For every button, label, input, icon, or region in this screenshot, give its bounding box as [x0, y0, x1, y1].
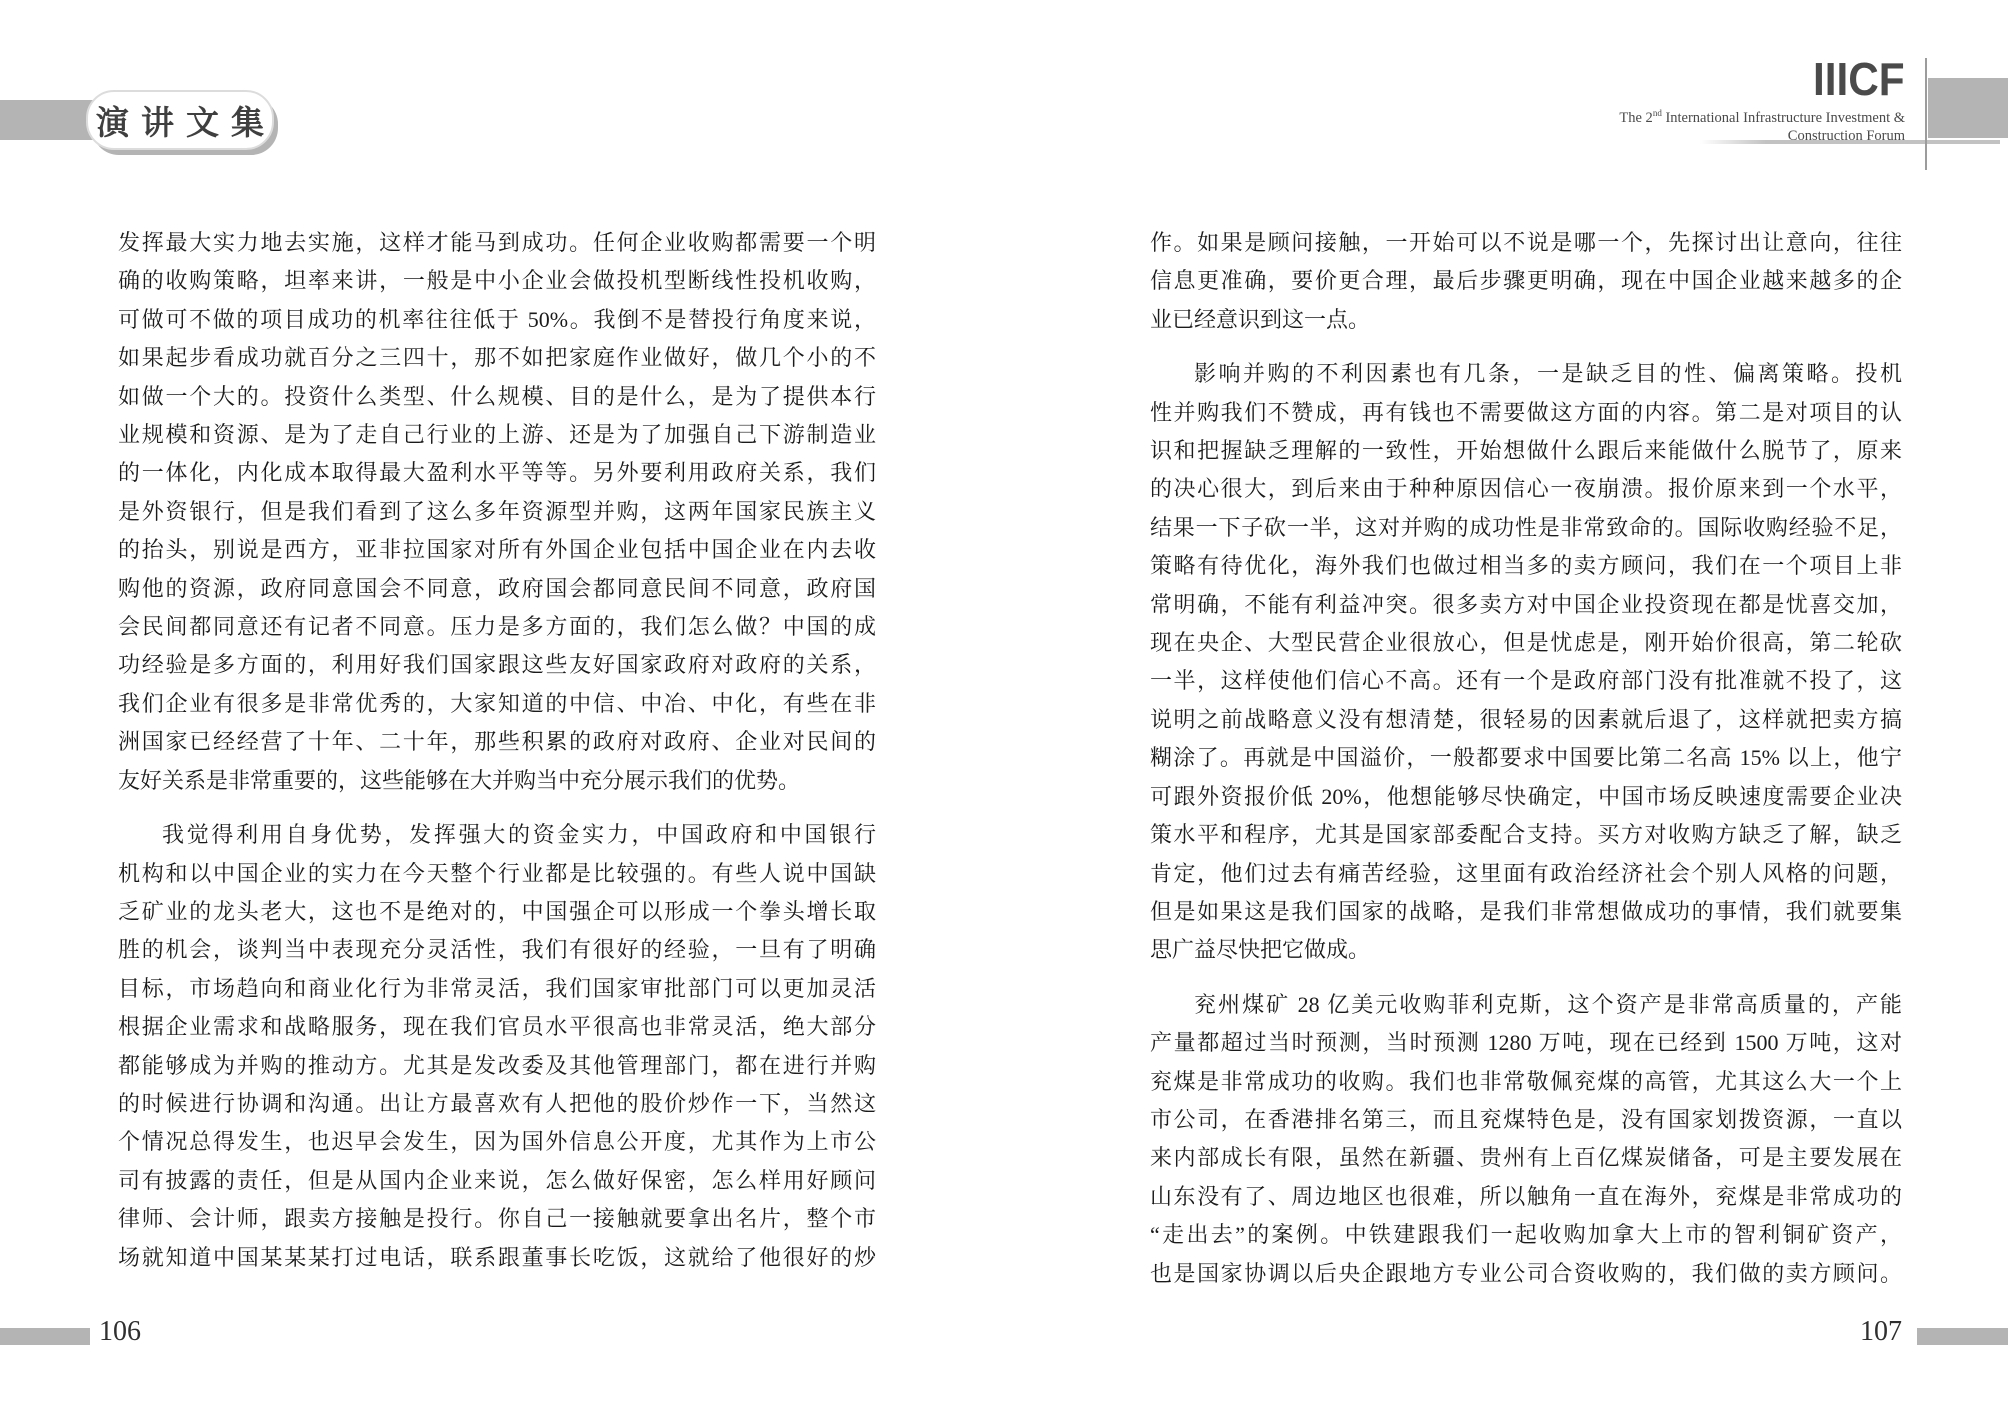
text-line: 产量都超过当时预测，当时预测 1280 万吨，现在已经到 1500 万吨，这对 [1150, 1024, 1902, 1062]
tagline-line1: The 2nd International Infrastructure Inv… [1619, 110, 1905, 126]
header-corner-block [1928, 78, 2008, 138]
header-vertical-line [1925, 58, 1927, 170]
text-line: 的时候进行协调和沟通。出让方最喜欢有人把他的股价炒作一下，当然这 [118, 1085, 876, 1123]
text-line: 确的收购策略，坦率来讲，一般是中小企业会做投机型断线性投机收购， [118, 262, 876, 300]
text-line: 作。如果是顾问接触，一开始可以不说是哪一个，先探讨出让意向，往往 [1150, 224, 1902, 262]
text-line: 洲国家已经经营了十年、二十年，那些积累的政府对政府、企业对民间的 [118, 723, 876, 761]
text-line: 目标，市场趋向和商业化行为非常灵活，我们国家审批部门可以更加灵活 [118, 970, 876, 1008]
text-line: 律师、会计师，跟卖方接触是投行。你自己一接触就要拿出名片，整个市 [118, 1200, 876, 1238]
text-line: 兖州煤矿 28 亿美元收购菲利克斯，这个资产是非常高质量的，产能 [1150, 986, 1902, 1024]
book-spread: 演讲文集 IIICF The 2nd International Infrast… [0, 0, 2008, 1417]
text-line: 场就知道中国某某某打过电话，联系跟董事长吃饭，这就给了他很好的炒 [118, 1239, 876, 1277]
paragraph: 作。如果是顾问接触，一开始可以不说是哪一个，先探讨出让意向，往往信息更准确，要价… [1150, 224, 1902, 339]
text-line: 的决心很大，到后来由于种种原因信心一夜崩溃。报价原来到一个水平， [1150, 470, 1902, 508]
header-rule [1700, 140, 2000, 144]
text-line: 如果起步看成功就百分之三四十，那不如把家庭作业做好，做几个小的不 [118, 339, 876, 377]
text-line: 可做可不做的项目成功的机率往往低于 50%。我倒不是替投行角度来说， [118, 301, 876, 339]
text-line: 我们企业有很多是非常优秀的，大家知道的中信、中冶、中化，有些在非 [118, 685, 876, 723]
paragraph: 兖州煤矿 28 亿美元收购菲利克斯，这个资产是非常高质量的，产能产量都超过当时预… [1150, 986, 1902, 1293]
text-line: 是外资银行，但是我们看到了这么多年资源型并购，这两年国家民族主义 [118, 493, 876, 531]
text-line: 策水平和程序，尤其是国家部委配合支持。买方对收购方缺乏了解，缺乏 [1150, 816, 1902, 854]
text-line: 可跟外资报价低 20%，他想能够尽快确定，中国市场反映速度需要企业决 [1150, 778, 1902, 816]
text-line: 如做一个大的。投资什么类型、什么规模、目的是什么，是为了提供本行 [118, 378, 876, 416]
text-line: 肯定，他们过去有痛苦经验，这里面有政治经济社会个别人风格的问题， [1150, 855, 1902, 893]
text-line: 的一体化，内化成本取得最大盈利水平等等。另外要利用政府关系，我们 [118, 454, 876, 492]
text-line: 结果一下子砍一半，这对并购的成功性是非常致命的。国际收购经验不足， [1150, 509, 1902, 547]
text-line: 说明之前战略意义没有想清楚，很轻易的因素就后退了，这样就把卖方搞 [1150, 701, 1902, 739]
paragraph: 影响并购的不利因素也有几条，一是缺乏目的性、偏离策略。投机性并购我们不赞成，再有… [1150, 355, 1902, 970]
text-line: 策略有待优化，海外我们也做过相当多的卖方顾问，我们在一个项目上非 [1150, 547, 1902, 585]
page-106-text: 发挥最大实力地去实施，这样才能马到成功。任何企业收购都需要一个明确的收购策略，坦… [118, 224, 876, 1277]
text-line: 根据企业需求和战略服务，现在我们官员水平很高也非常灵活，绝大部分 [118, 1008, 876, 1046]
text-line: 发挥最大实力地去实施，这样才能马到成功。任何企业收购都需要一个明 [118, 224, 876, 262]
text-line: 性并购我们不赞成，再有钱也不需要做这方面的内容。第二是对项目的认 [1150, 394, 1902, 432]
footer-bar-left [0, 1328, 90, 1345]
paragraph: 发挥最大实力地去实施，这样才能马到成功。任何企业收购都需要一个明确的收购策略，坦… [118, 224, 876, 800]
chapter-title-pill: 演讲文集 [86, 90, 274, 150]
text-line: “走出去”的案例。中铁建跟我们一起收购加拿大上市的智利铜矿资产， [1150, 1216, 1902, 1254]
text-line: 都能够成为并购的推动方。尤其是发改委及其他管理部门，都在进行并购 [118, 1047, 876, 1085]
text-line: 会民间都同意还有记者不同意。压力是多方面的，我们怎么做？中国的成 [118, 608, 876, 646]
text-line: 胜的机会，谈判当中表现充分灵活性，我们有很好的经验，一旦有了明确 [118, 931, 876, 969]
text-line: 思广益尽快把它做成。 [1150, 931, 1902, 969]
paragraph: 我觉得利用自身优势，发挥强大的资金实力，中国政府和中国银行机构和以中国企业的实力… [118, 816, 876, 1277]
text-line: 功经验是多方面的，利用好我们国家跟这些友好国家政府对政府的关系， [118, 646, 876, 684]
text-line: 个情况总得发生，也迟早会发生，因为国外信息公开度，尤其作为上市公 [118, 1123, 876, 1161]
text-line: 糊涂了。再就是中国溢价，一般都要求中国要比第二名高 15% 以上，他宁 [1150, 739, 1902, 777]
text-line: 机构和以中国企业的实力在今天整个行业都是比较强的。有些人说中国缺 [118, 855, 876, 893]
text-line: 乏矿业的龙头老大，这也不是绝对的，中国强企可以形成一个拳头增长取 [118, 893, 876, 931]
header-band [0, 100, 98, 140]
logo-tagline: The 2nd International Infrastructure Inv… [1619, 104, 1905, 145]
text-line: 购他的资源，政府同意国会不同意，政府国会都同意民间不同意，政府国 [118, 570, 876, 608]
page-107-text: 作。如果是顾问接触，一开始可以不说是哪一个，先探讨出让意向，往往信息更准确，要价… [1150, 224, 1902, 1293]
chapter-title: 演讲文集 [96, 97, 276, 144]
text-line: 识和把握缺乏理解的一致性，开始想做什么跟后来能做什么脱节了，原来 [1150, 432, 1902, 470]
text-line: 但是如果这是我们国家的战略，是我们非常想做成功的事情，我们就要集 [1150, 893, 1902, 931]
text-line: 业已经意识到这一点。 [1150, 301, 1902, 339]
page-number-right: 107 [1836, 1316, 1902, 1348]
text-line: 司有披露的责任，但是从国内企业来说，怎么做好保密，怎么样用好顾问 [118, 1162, 876, 1200]
text-line: 常明确，不能有利益冲突。很多卖方对中国企业投资现在都是忧喜交加， [1150, 586, 1902, 624]
text-line: 来内部成长有限，虽然在新疆、贵州有上百亿煤炭储备，可是主要发展在 [1150, 1139, 1902, 1177]
footer-bar-right [1917, 1328, 2008, 1345]
text-line: 影响并购的不利因素也有几条，一是缺乏目的性、偏离策略。投机 [1150, 355, 1902, 393]
text-line: 一半，这样使他们信心不高。还有一个是政府部门没有批准就不投了，这 [1150, 662, 1902, 700]
text-line: 我觉得利用自身优势，发挥强大的资金实力，中国政府和中国银行 [118, 816, 876, 854]
text-line: 兖煤是非常成功的收购。我们也非常敬佩兖煤的高管，尤其这么大一个上 [1150, 1063, 1902, 1101]
text-line: 业规模和资源、是为了走自己行业的上游、还是为了加强自己下游制造业 [118, 416, 876, 454]
text-line: 市公司，在香港排名第三，而且兖煤特色是，没有国家划拨资源，一直以 [1150, 1101, 1902, 1139]
text-line: 信息更准确，要价更合理，最后步骤更明确，现在中国企业越来越多的企 [1150, 262, 1902, 300]
text-line: 山东没有了、周边地区也很难，所以触角一直在海外，兖煤是非常成功的 [1150, 1178, 1902, 1216]
text-line: 也是国家协调以后央企跟地方专业公司合资收购的，我们做的卖方顾问。 [1150, 1255, 1902, 1293]
page-number-left: 106 [99, 1316, 141, 1348]
text-line: 现在央企、大型民营企业很放心，但是忧虑是，刚开始价很高，第二轮砍 [1150, 624, 1902, 662]
text-line: 的抬头，别说是西方，亚非拉国家对所有外国企业包括中国企业在内去收 [118, 531, 876, 569]
iiicf-logo: IIICF [1813, 56, 1905, 102]
text-line: 友好关系是非常重要的，这些能够在大并购当中充分展示我们的优势。 [118, 762, 876, 800]
